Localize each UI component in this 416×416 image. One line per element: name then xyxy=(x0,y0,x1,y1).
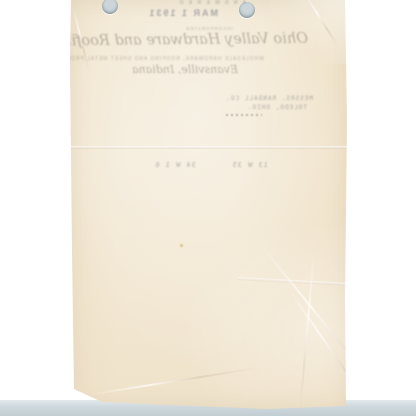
corner-fold-highlight xyxy=(270,0,348,64)
crease-line xyxy=(289,291,377,415)
city-line-script: Evansville, Indiana xyxy=(148,63,238,76)
photo-background: A N S W E R E D MAR 1 1931 INCORPORATED … xyxy=(0,0,416,416)
fold-crease-horizontal xyxy=(68,146,348,149)
typed-address-line-2: TOLEDO, OHIO. xyxy=(211,104,307,111)
stain-speck xyxy=(180,244,183,247)
figures-left-group: 34 W 1 6 xyxy=(142,161,196,169)
figures-right-group: 13 W 35 xyxy=(238,161,268,169)
crease-line xyxy=(89,366,262,395)
company-name-script: Ohio Valley Hardware and Roofing Company xyxy=(82,31,308,49)
crease-line xyxy=(238,277,348,286)
crease-line xyxy=(259,243,402,416)
punch-hole-left xyxy=(102,0,118,14)
paper-sheen xyxy=(178,220,348,410)
crease-line xyxy=(73,9,90,70)
date-stamp-text: MAR 1 1931 xyxy=(148,8,218,18)
crease-line xyxy=(305,0,338,47)
punch-hole-right xyxy=(239,2,255,18)
typed-address-line-1: MESSRS. RANDALL CO. xyxy=(205,95,313,102)
services-caps-line: WHOLESALE HARDWARE, ROOFING AND SHEET ME… xyxy=(126,56,264,62)
crease-line xyxy=(299,252,315,412)
incorporated-line: INCORPORATED xyxy=(201,26,233,31)
typed-address-underline xyxy=(226,114,262,116)
answered-stamp-text: A N S W E R E D xyxy=(180,0,246,6)
paper-sheet: A N S W E R E D MAR 1 1931 INCORPORATED … xyxy=(68,0,348,410)
